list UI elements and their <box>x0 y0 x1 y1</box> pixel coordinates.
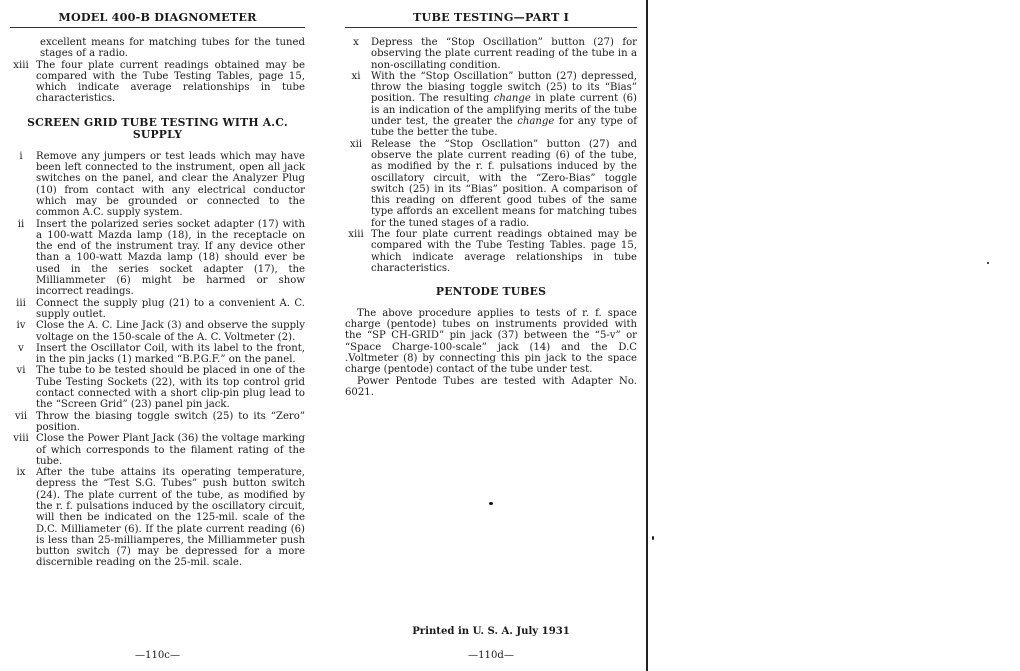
item-text: Throw the biasing toggle switch (25) to … <box>36 411 305 434</box>
item-number: vii <box>10 411 36 434</box>
running-head: TUBE TESTING—PART I <box>345 0 637 28</box>
item-number: x <box>345 37 371 71</box>
list-item: iRemove any jumpers or test leads which … <box>10 151 305 219</box>
page-number: —110c— <box>10 650 305 661</box>
list-item: ixAfter the tube attains its operating t… <box>10 467 305 569</box>
scan-speck <box>652 536 654 540</box>
item-text: Insert the polarized series socket adapt… <box>36 219 305 298</box>
item-text: The tube to be tested should be placed i… <box>36 365 305 410</box>
list-item: xiii The four plate current readings obt… <box>10 60 305 105</box>
item-number: xiii <box>10 60 36 105</box>
item-text: Release the “Stop Oscllation” button (27… <box>371 139 637 229</box>
instruction-list: xDepress the “Stop Oscillation” button (… <box>345 37 637 274</box>
paragraph: Power Pentode Tubes are tested with Adap… <box>345 376 637 399</box>
scan-speck <box>489 502 493 505</box>
list-item: xiiiThe four plate current readings obta… <box>345 229 637 274</box>
item-number: xi <box>345 71 371 139</box>
item-number: ix <box>10 467 36 569</box>
page-edge-rule <box>646 0 648 671</box>
list-item: xiWith the “Stop Oscillation” button (27… <box>345 71 637 139</box>
list-item: viiThrow the biasing toggle switch (25) … <box>10 411 305 434</box>
list-item: iiiConnect the supply plug (21) to a con… <box>10 298 305 321</box>
item-text: The four plate current readings obtained… <box>36 60 305 105</box>
item-number: xiii <box>345 229 371 274</box>
item-text: Close the A. C. Line Jack (3) and observ… <box>36 320 305 343</box>
section-body: The above procedure applies to tests of … <box>345 308 637 398</box>
item-number: viii <box>10 433 36 467</box>
item-text: The four plate current readings obtained… <box>371 229 637 274</box>
printed-notice: Printed in U. S. A. July 1931 <box>345 626 637 637</box>
right-page: TUBE TESTING—PART I xDepress the “Stop O… <box>345 0 637 671</box>
continued-text: excellent means for matching tubes for t… <box>10 37 305 60</box>
page-number: —110d— <box>345 650 637 661</box>
item-number: iv <box>10 320 36 343</box>
left-page: MODEL 400-B DIAGNOMETER excellent means … <box>10 0 305 569</box>
list-item: viThe tube to be tested should be placed… <box>10 365 305 410</box>
item-text: Remove any jumpers or test leads which m… <box>36 151 305 219</box>
list-item: xDepress the “Stop Oscillation” button (… <box>345 37 637 71</box>
emphasis-text: change <box>517 116 554 127</box>
item-number: vi <box>10 365 36 410</box>
item-text: Depress the “Stop Oscillation” button (2… <box>371 37 637 71</box>
item-text: With the “Stop Oscillation” button (27) … <box>371 71 637 139</box>
item-number: xii <box>345 139 371 229</box>
item-number: v <box>10 343 36 366</box>
list-item: ivClose the A. C. Line Jack (3) and obse… <box>10 320 305 343</box>
section-title: SCREEN GRID TUBE TESTING WITH A.C. SUPPL… <box>10 117 305 142</box>
scan-speck <box>987 262 989 264</box>
item-number: ii <box>10 219 36 298</box>
item-text: Close the Power Plant Jack (36) the volt… <box>36 433 305 467</box>
item-number: iii <box>10 298 36 321</box>
list-item: vInsert the Oscillator Coil, with its la… <box>10 343 305 366</box>
emphasis-text: change <box>494 93 531 104</box>
list-item: xiiRelease the “Stop Oscllation” button … <box>345 139 637 229</box>
item-text: Connect the supply plug (21) to a conven… <box>36 298 305 321</box>
running-head: MODEL 400-B DIAGNOMETER <box>10 0 305 28</box>
list-item: iiInsert the polarized series socket ada… <box>10 219 305 298</box>
item-text: Insert the Oscillator Coil, with its lab… <box>36 343 305 366</box>
instruction-list: iRemove any jumpers or test leads which … <box>10 151 305 569</box>
paragraph: The above procedure applies to tests of … <box>345 308 637 376</box>
section-title: PENTODE TUBES <box>345 286 637 299</box>
item-text: After the tube attains its operating tem… <box>36 467 305 569</box>
item-number: i <box>10 151 36 219</box>
list-item: viiiClose the Power Plant Jack (36) the … <box>10 433 305 467</box>
